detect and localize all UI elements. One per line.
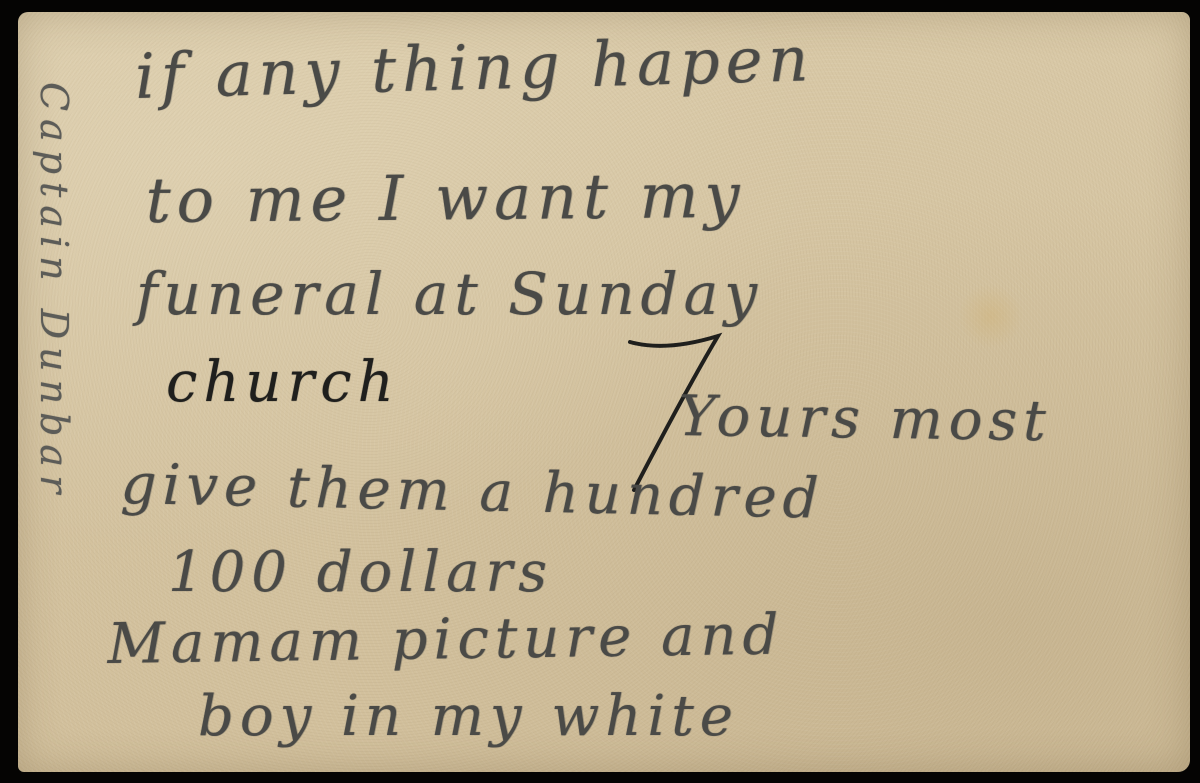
note-line-9: boy in my white xyxy=(198,684,739,749)
scan-background: Captain Dunbar if any thing hapen to me … xyxy=(0,0,1200,783)
note-card: Captain Dunbar if any thing hapen to me … xyxy=(18,12,1190,772)
note-line-4: church xyxy=(166,350,400,415)
note-line-1: if any thing hapen xyxy=(134,22,815,113)
margin-note: Captain Dunbar xyxy=(32,82,76,501)
note-line-6: give them a hundred xyxy=(120,452,825,532)
note-line-7: 100 dollars xyxy=(168,540,553,605)
note-line-5: Yours most xyxy=(678,384,1052,454)
note-line-2: to me I want my xyxy=(145,159,745,237)
note-line-3: funeral at Sunday xyxy=(136,260,763,328)
note-line-8: Mamam picture and xyxy=(107,603,785,677)
